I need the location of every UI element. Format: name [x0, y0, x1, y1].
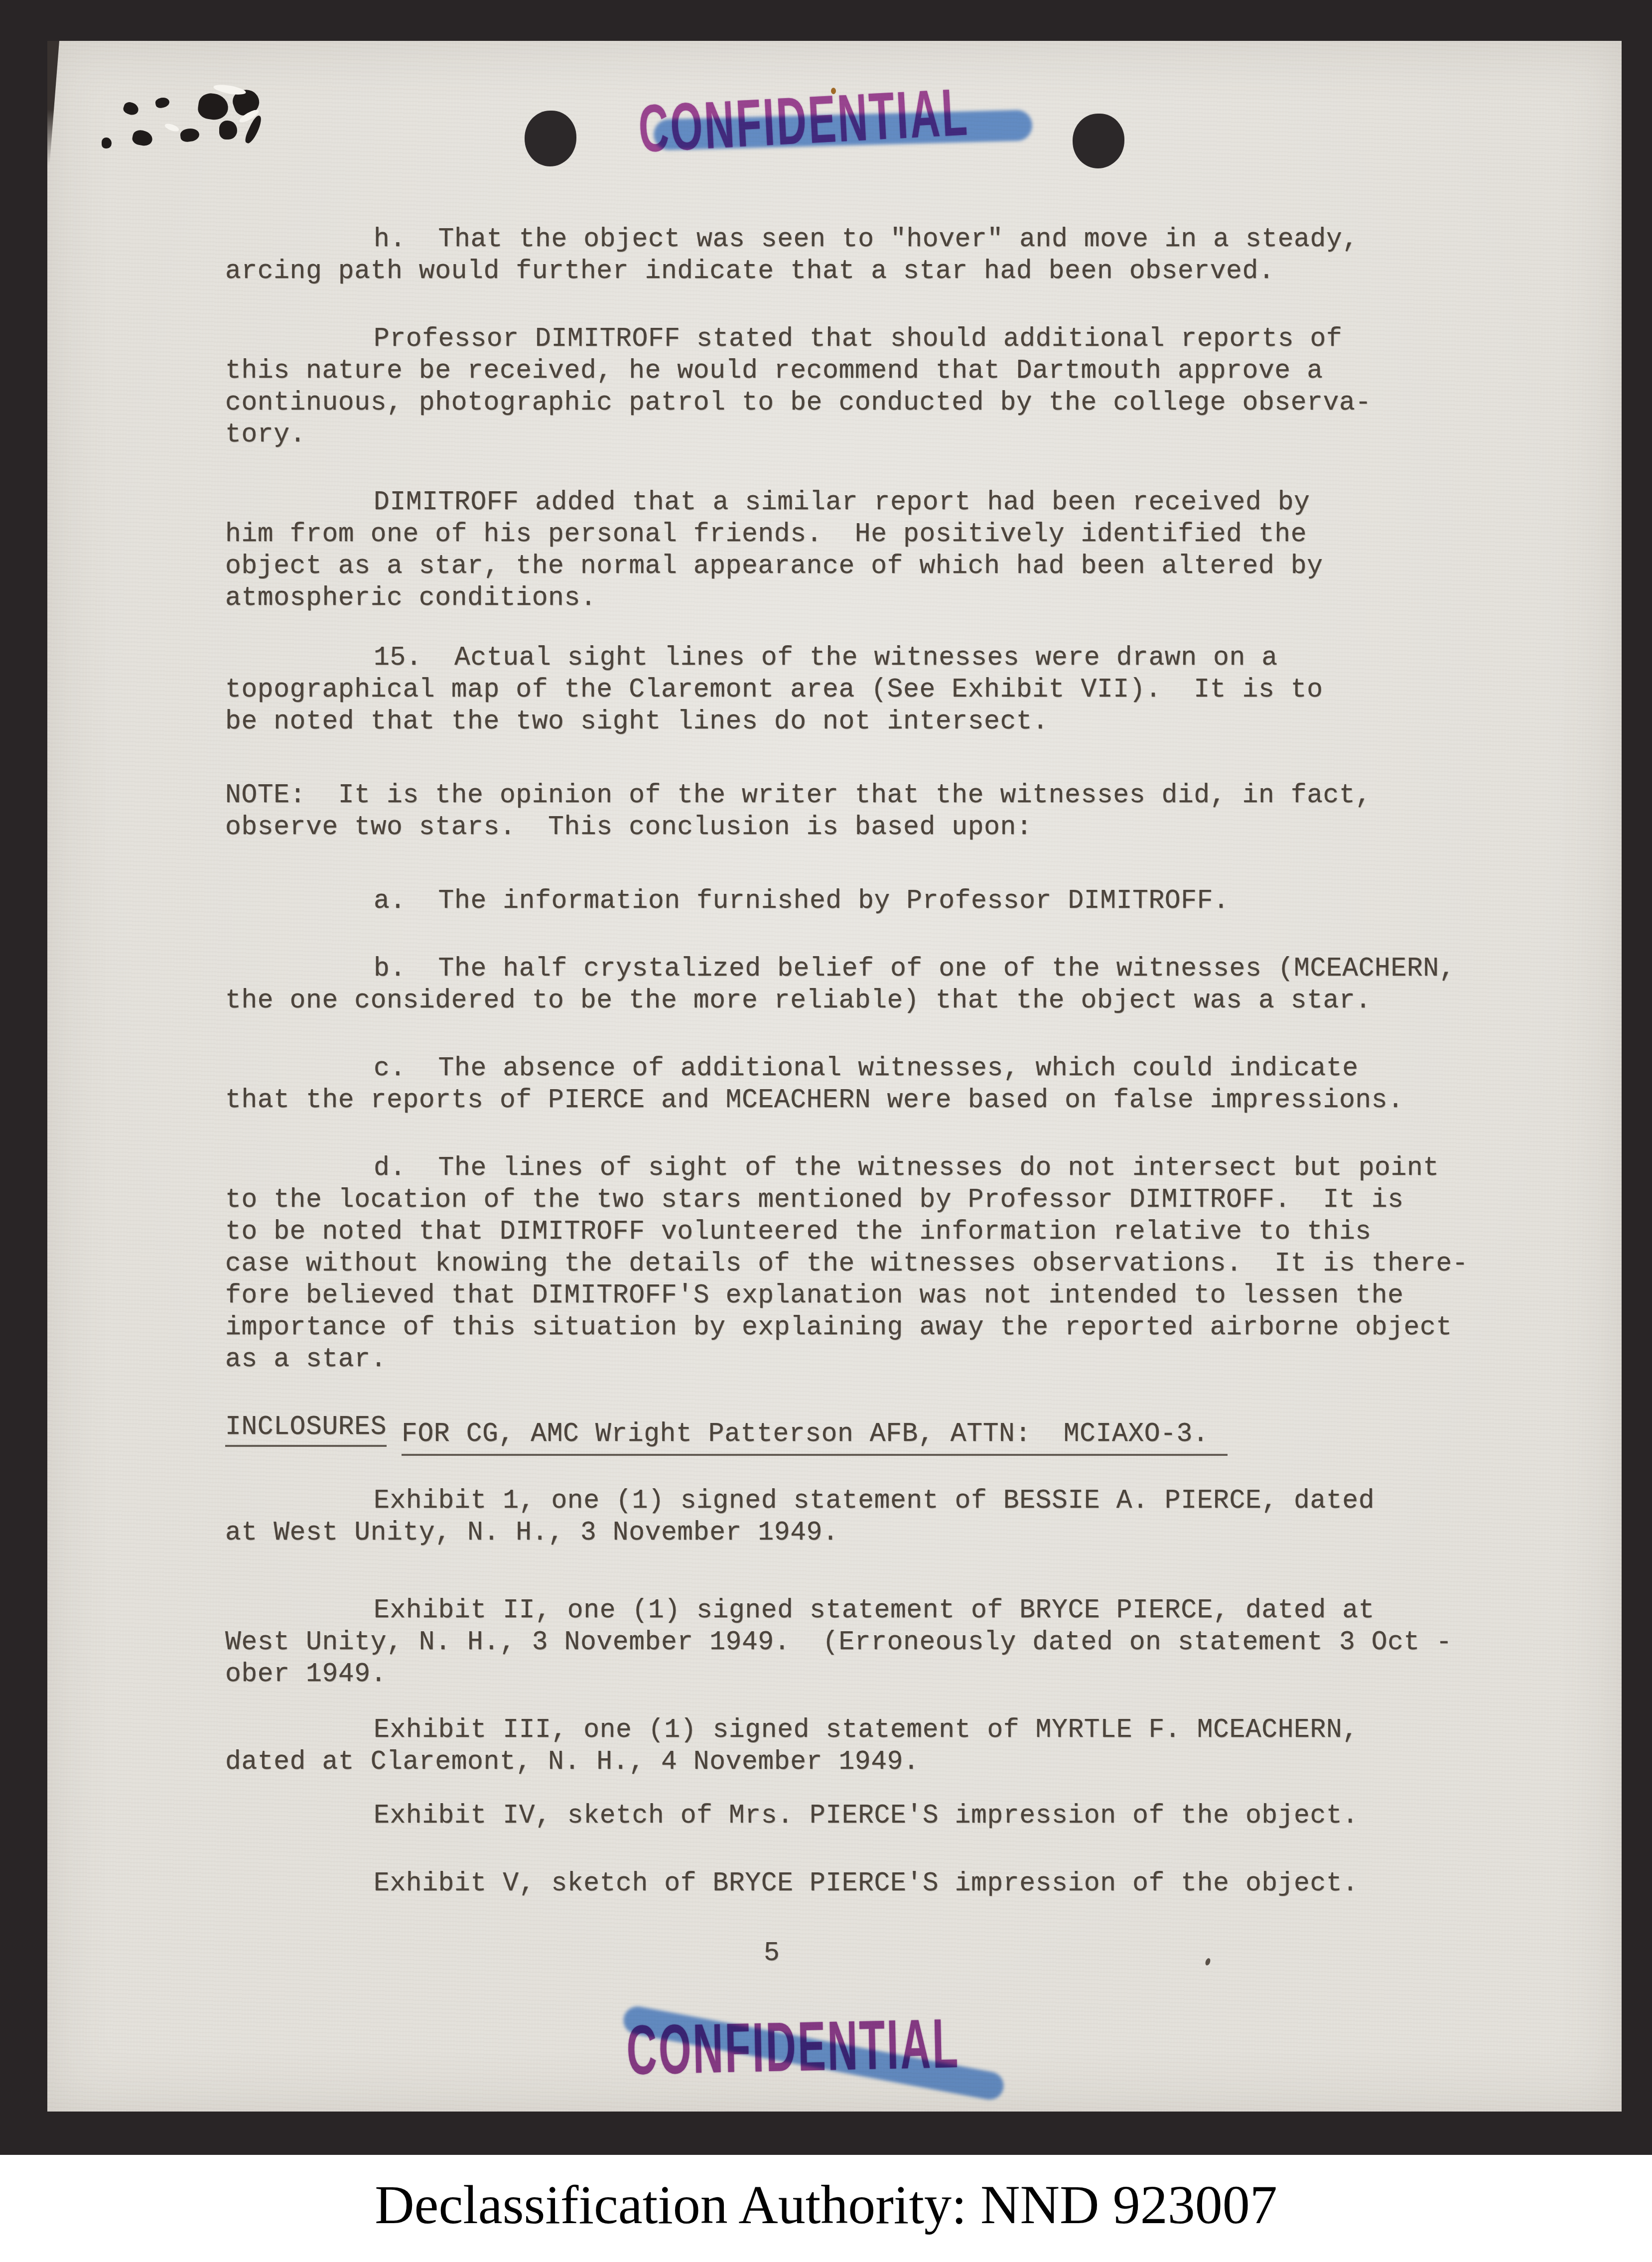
- item-c: c. The absence of additional witnesses, …: [225, 1052, 1468, 1116]
- inclosures-row: INCLOSURESFOR CG, AMC Wright Patterson A…: [225, 1411, 1468, 1443]
- exhibit-2: Exhibit II, one (1) signed statement of …: [225, 1594, 1468, 1690]
- typewritten-body: h. That the object was seen to "hover" a…: [225, 223, 1468, 2005]
- hole-punch-icon: [525, 111, 576, 166]
- ink-smudge: [102, 138, 112, 148]
- scanned-document-page: CONFIDENTIAL h. That the object was seen…: [0, 0, 1652, 2262]
- item-a: a. The information furnished by Professo…: [225, 885, 1468, 917]
- para-dimitroff-patrol: Professor DIMITROFF stated that should a…: [225, 323, 1468, 450]
- exhibit-1: Exhibit 1, one (1) signed statement of B…: [225, 1485, 1468, 1549]
- note-paragraph: NOTE: It is the opinion of the writer th…: [225, 779, 1468, 843]
- item-d: d. The lines of sight of the witnesses d…: [225, 1152, 1468, 1375]
- para-15-sight-lines: 15. Actual sight lines of the witnesses …: [225, 642, 1468, 737]
- exhibit-4: Exhibit IV, sketch of Mrs. PIERCE'S impr…: [225, 1800, 1468, 1832]
- inclosures-heading: FOR CG, AMC Wright Patterson AFB, ATTN: …: [402, 1419, 1228, 1456]
- item-b: b. The half crystalized belief of one of…: [225, 953, 1468, 1016]
- caption-band: Declassification Authority: NND 923007: [0, 2155, 1652, 2262]
- ink-smudge: [219, 121, 237, 140]
- para-dimitroff-friend: DIMITROFF added that a similar report ha…: [225, 486, 1468, 614]
- hole-punch-icon: [1073, 114, 1124, 168]
- page-number: 5: [225, 1937, 1468, 1969]
- para-h: h. That the object was seen to "hover" a…: [225, 223, 1468, 287]
- inclosures-label: INCLOSURES: [225, 1412, 387, 1447]
- declassification-caption: Declassification Authority: NND 923007: [375, 2173, 1277, 2244]
- exhibit-5: Exhibit V, sketch of BRYCE PIERCE'S impr…: [225, 1867, 1468, 1899]
- exhibit-3: Exhibit III, one (1) signed statement of…: [225, 1714, 1468, 1778]
